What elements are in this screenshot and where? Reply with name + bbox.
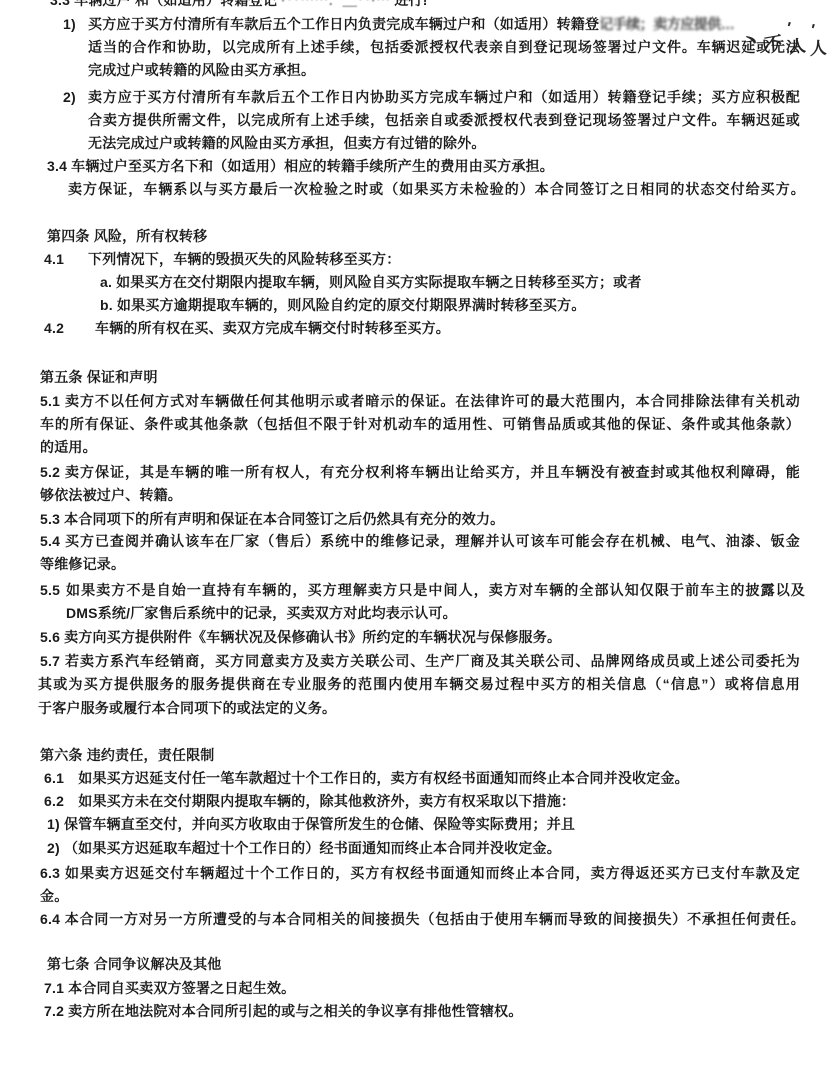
smudged-line: 买方应于买方付清所有车款后五个工作日内负责完成车辆过户和（如适用）转籍登记手续；…	[88, 15, 734, 34]
section-heading: 第四条 风险，所有权转移	[47, 227, 207, 246]
list-marker: 2)	[63, 88, 76, 107]
text-line: 如果卖方不是自始一直持有车辆的，买方理解卖方只是中间人，卖方对车辆的全部认知仅限…	[66, 581, 805, 600]
pen-scribble: 人	[789, 31, 807, 58]
text-line: 等维修记录。	[40, 555, 125, 574]
text-line: 下列情况下，车辆的毁损灭失的风险转移至买方：	[88, 250, 400, 269]
text-line: 6.1 如果买方迟延支付任一笔车款超过十个工作日的，卖方有权经书面通知而终止本合…	[44, 769, 689, 788]
text-line: 6.3 如果卖方迟延交付车辆超过十个工作日的，买方有权经书面通知而终止本合同，卖…	[40, 864, 800, 883]
text-line: 无法完成过户或转籍的风险由买方承担，但卖方有过错的除外。	[88, 134, 486, 153]
list-marker: 4.2	[44, 319, 64, 338]
section-heading: 第七条 合同争议解决及其他	[47, 955, 222, 974]
list-marker: 5.5	[40, 581, 60, 600]
text-line: 7.2 卖方所在地法院对本合同所引起的或与之相关的争议享有排他性管辖权。	[44, 1002, 523, 1021]
ink-smudge-text: 记手续；卖方应提供…	[599, 16, 734, 32]
text-line: b. 如果买方逾期提取车辆的，则风险自约定的原交付期限界满时转移至买方。	[100, 296, 586, 315]
text-line: 3.4 车辆过户至买方名下和（如适用）相应的转籍手续所产生的费用由买方承担。	[47, 157, 554, 176]
text-line: 2) （如果买方迟延取车超过十个工作日的）经书面通知而终止本合同并没收定金。	[47, 839, 561, 858]
text-line: 5.2 卖方保证，其是车辆的唯一所有权人，有充分权利将车辆出让给买方，并且车辆没…	[40, 463, 800, 482]
text-line: 5.6 卖方向买方提供附件《车辆状况及保修确认书》所约定的车辆状况与保修服务。	[40, 628, 561, 647]
list-marker: 4.1	[44, 250, 64, 269]
pen-scribble: 丶	[738, 22, 764, 58]
list-marker: 1)	[63, 15, 76, 34]
text-line: 6.2 如果买方未在交付期限内提取车辆的，除其他救济外，卖方有权采取以下措施：	[44, 792, 575, 811]
text-line: 完成过户或转籍的风险由买方承担。	[88, 61, 315, 80]
text-line: 适当的合作和协助，以完成所有上述手续，包括委派授权代表亲自到登记现场签署过户文件…	[88, 38, 800, 57]
text-line: 卖方保证，车辆系以与买方最后一次检验之时或（如果买方未检验的）本合同签订之日相同…	[68, 180, 805, 199]
text-line: 的适用。	[40, 438, 97, 457]
text-segment: 3.3 车辆过户 和（如适用）转籍登记	[50, 0, 277, 8]
text-line: 车的所有保证、条件或其他条款（包括但不限于针对机动车的适用性、可销售品质或其他的…	[40, 415, 800, 434]
section-heading: 第五条 保证和声明	[40, 368, 158, 387]
text-line: 1) 保管车辆直至交付，并向买方收取由于保管所发生的仓储、保险等实际费用；并且	[47, 815, 575, 834]
clipped-top-line: 3.3 车辆过户 和（如适用）转籍登记 ·‥⋯⋯．＿‥·⋯ 进行!	[50, 0, 428, 10]
text-line: 5.4 买方已查阅并确认该车在厂家（售后）系统中的维修记录，理解并认可该车可能会…	[40, 532, 800, 551]
contract-page: 3.3 车辆过户 和（如适用）转籍登记 ·‥⋯⋯．＿‥·⋯ 进行!1)买方应于买…	[0, 0, 828, 1092]
text-line: 5.7 若卖方系汽车经销商，买方同意卖方及卖方关联公司、生产厂商及其关联公司、品…	[40, 652, 800, 671]
text-segment: 买方应于买方付清所有车款后五个工作日内负责完成车辆过户和（如适用）转籍登	[88, 16, 599, 32]
text-line: a. 如果买方在交付期限内提取车辆，则风险自买方实际提取车辆之日转移至买方；或者	[100, 273, 642, 292]
text-segment: 进行!	[394, 0, 427, 8]
text-line: 合卖方提供所需文件，以完成所有上述手续，包括亲自或委派授权代表到登记现场签署过户…	[88, 111, 800, 130]
text-line: 于客户服务或履行本合同项下的或法定的义务。	[38, 699, 336, 718]
text-line: 车辆的所有权在买、卖双方完成车辆交付时转移至买方。	[95, 319, 450, 338]
text-line: 5.3 本合同项下的所有声明和保证在本合同签订之后仍然具有充分的效力。	[40, 510, 504, 529]
pen-scribble: 不	[763, 28, 783, 57]
text-line: DMS系统/厂家售后系统中的记录，买卖双方对此均表示认可。	[66, 604, 457, 623]
pen-scribble: 人	[810, 33, 827, 60]
text-line: 金。	[40, 887, 68, 906]
text-line: 其或为买方提供服务的服务提供商在专业服务的范围内使用车辆交易过程中买方的相关信息…	[38, 675, 800, 694]
text-line: 够依法被过户、转籍。	[40, 486, 182, 505]
text-line: 卖方应于买方付清所有车款后五个工作日内协助买方完成车辆过户和（如适用）转籍登记手…	[88, 88, 800, 107]
text-line: 7.1 本合同自买卖双方签署之日起生效。	[44, 979, 295, 998]
text-line: 6.4 本合同一方对另一方所遭受的与本合同相关的间接损失（包括由于使用车辆而导致…	[40, 910, 805, 929]
section-heading: 第六条 违约责任，责任限制	[40, 746, 215, 765]
text-line: 5.1 卖方不以任何方式对车辆做任何其他明示或者暗示的保证。在法律许可的最大范围…	[40, 392, 800, 411]
faint-dotted-text: ·‥⋯⋯．＿‥·⋯	[277, 0, 394, 8]
